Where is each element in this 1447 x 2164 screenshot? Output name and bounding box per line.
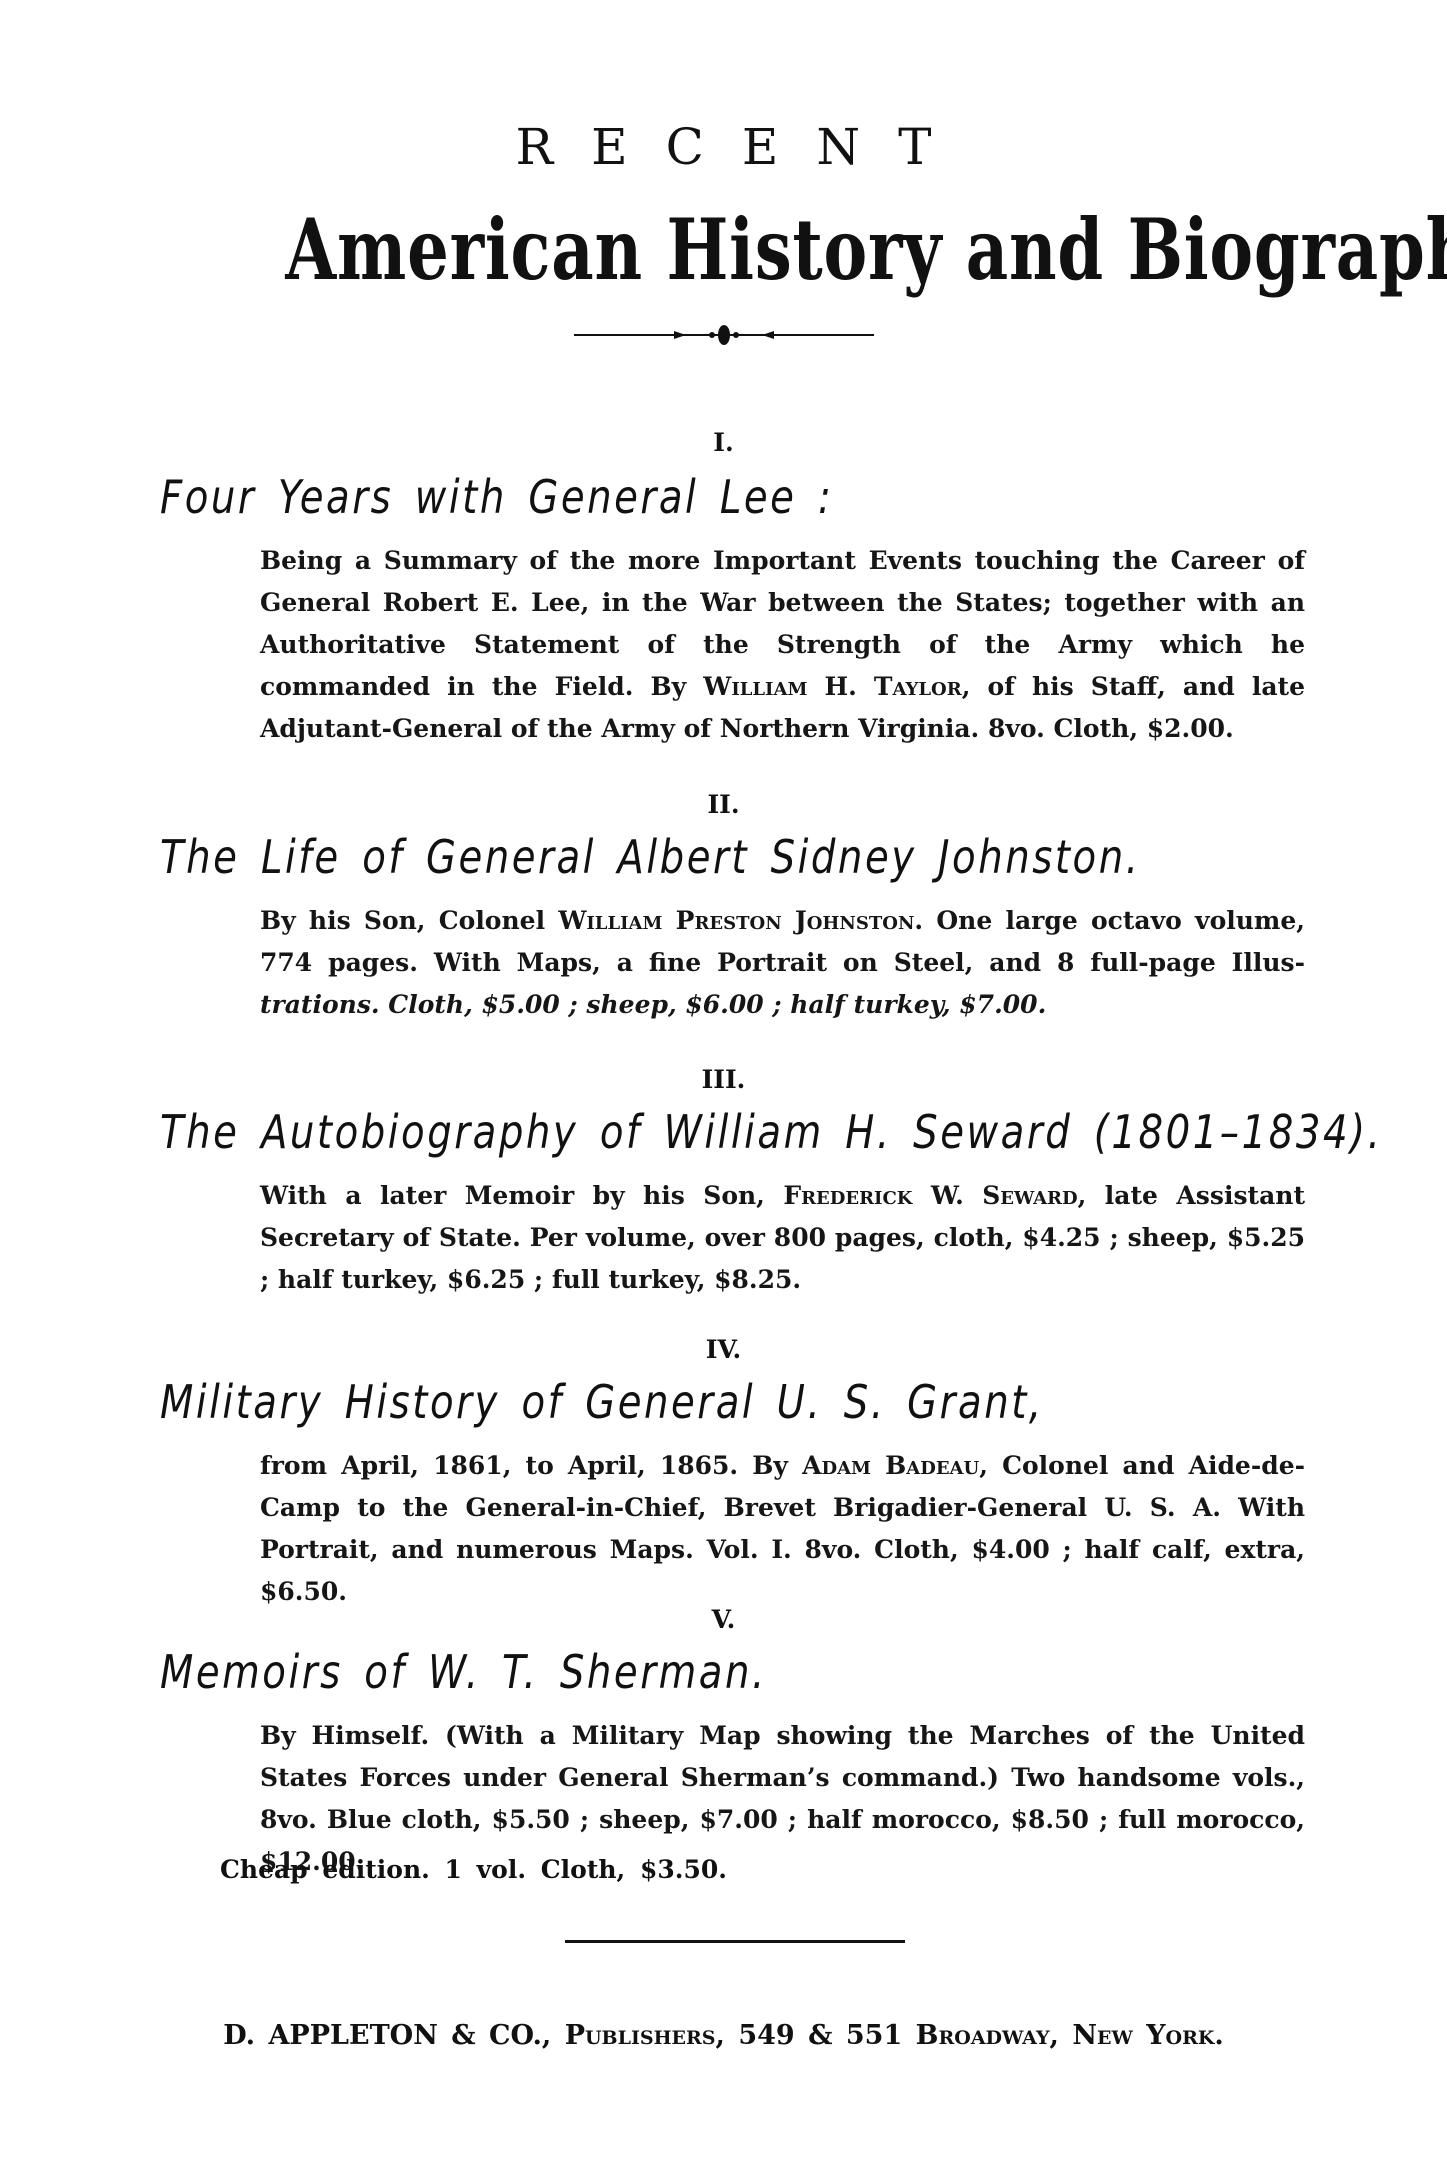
author-name: Frederick W. Seward — [783, 1181, 1077, 1210]
advertisement-page: RECENT American History and Biography. I… — [0, 0, 1447, 2164]
author-name: William H. Taylor — [703, 672, 961, 701]
ornamental-rule-icon — [574, 325, 874, 345]
desc-text: With a later Memoir by his Son, — [260, 1181, 783, 1210]
price-text: trations. Cloth, $5.00 ; sheep, $6.00 ; … — [260, 990, 1046, 1019]
period: . — [1214, 2020, 1223, 2051]
publishers-label: Publishers — [565, 2020, 716, 2051]
book-numeral: IV. — [0, 1335, 1447, 1364]
publisher-name: D. APPLETON & CO., — [223, 2020, 564, 2051]
street-name: Broadway — [916, 2020, 1050, 2051]
book-description: By his Son, Colonel William Preston John… — [260, 900, 1305, 1026]
desc-text: By Himself. (With a Military Map showing… — [260, 1721, 1305, 1876]
separator: , — [1050, 2020, 1073, 2051]
horizontal-rule — [565, 1940, 905, 1943]
book-title: Memoirs of W. T. Sherman. — [160, 1645, 767, 1699]
book-title: Military History of General U. S. Grant, — [160, 1375, 1044, 1429]
page-title: American History and Biography. — [285, 200, 1174, 299]
desc-text: from April, 1861, to April, 1865. By — [260, 1451, 802, 1480]
book-description: from April, 1861, to April, 1865. By Ada… — [260, 1445, 1305, 1613]
book-description: Being a Summary of the more Important Ev… — [260, 540, 1305, 750]
book-numeral: II. — [0, 790, 1447, 819]
city-name: New York — [1072, 2020, 1214, 2051]
page-kicker: RECENT — [0, 118, 1447, 176]
cheap-edition-note: Cheap edition. 1 vol. Cloth, $3.50. — [220, 1855, 727, 1884]
book-description: With a later Memoir by his Son, Frederic… — [260, 1175, 1305, 1301]
address-numbers: , 549 & 551 — [716, 2020, 916, 2051]
book-numeral: I. — [0, 428, 1447, 457]
book-title: Four Years with General Lee : — [160, 470, 834, 524]
desc-text: By his Son, Colonel — [260, 906, 558, 935]
author-name: Adam Badeau — [802, 1451, 979, 1480]
book-title: The Autobiography of William H. Seward (… — [160, 1105, 1382, 1159]
book-numeral: V. — [0, 1605, 1447, 1634]
book-numeral: III. — [0, 1065, 1447, 1094]
publisher-imprint: D. APPLETON & CO., Publishers, 549 & 551… — [0, 2020, 1447, 2051]
book-title: The Life of General Albert Sidney Johnst… — [160, 830, 1141, 884]
author-name: William Preston Johnston — [558, 906, 914, 935]
